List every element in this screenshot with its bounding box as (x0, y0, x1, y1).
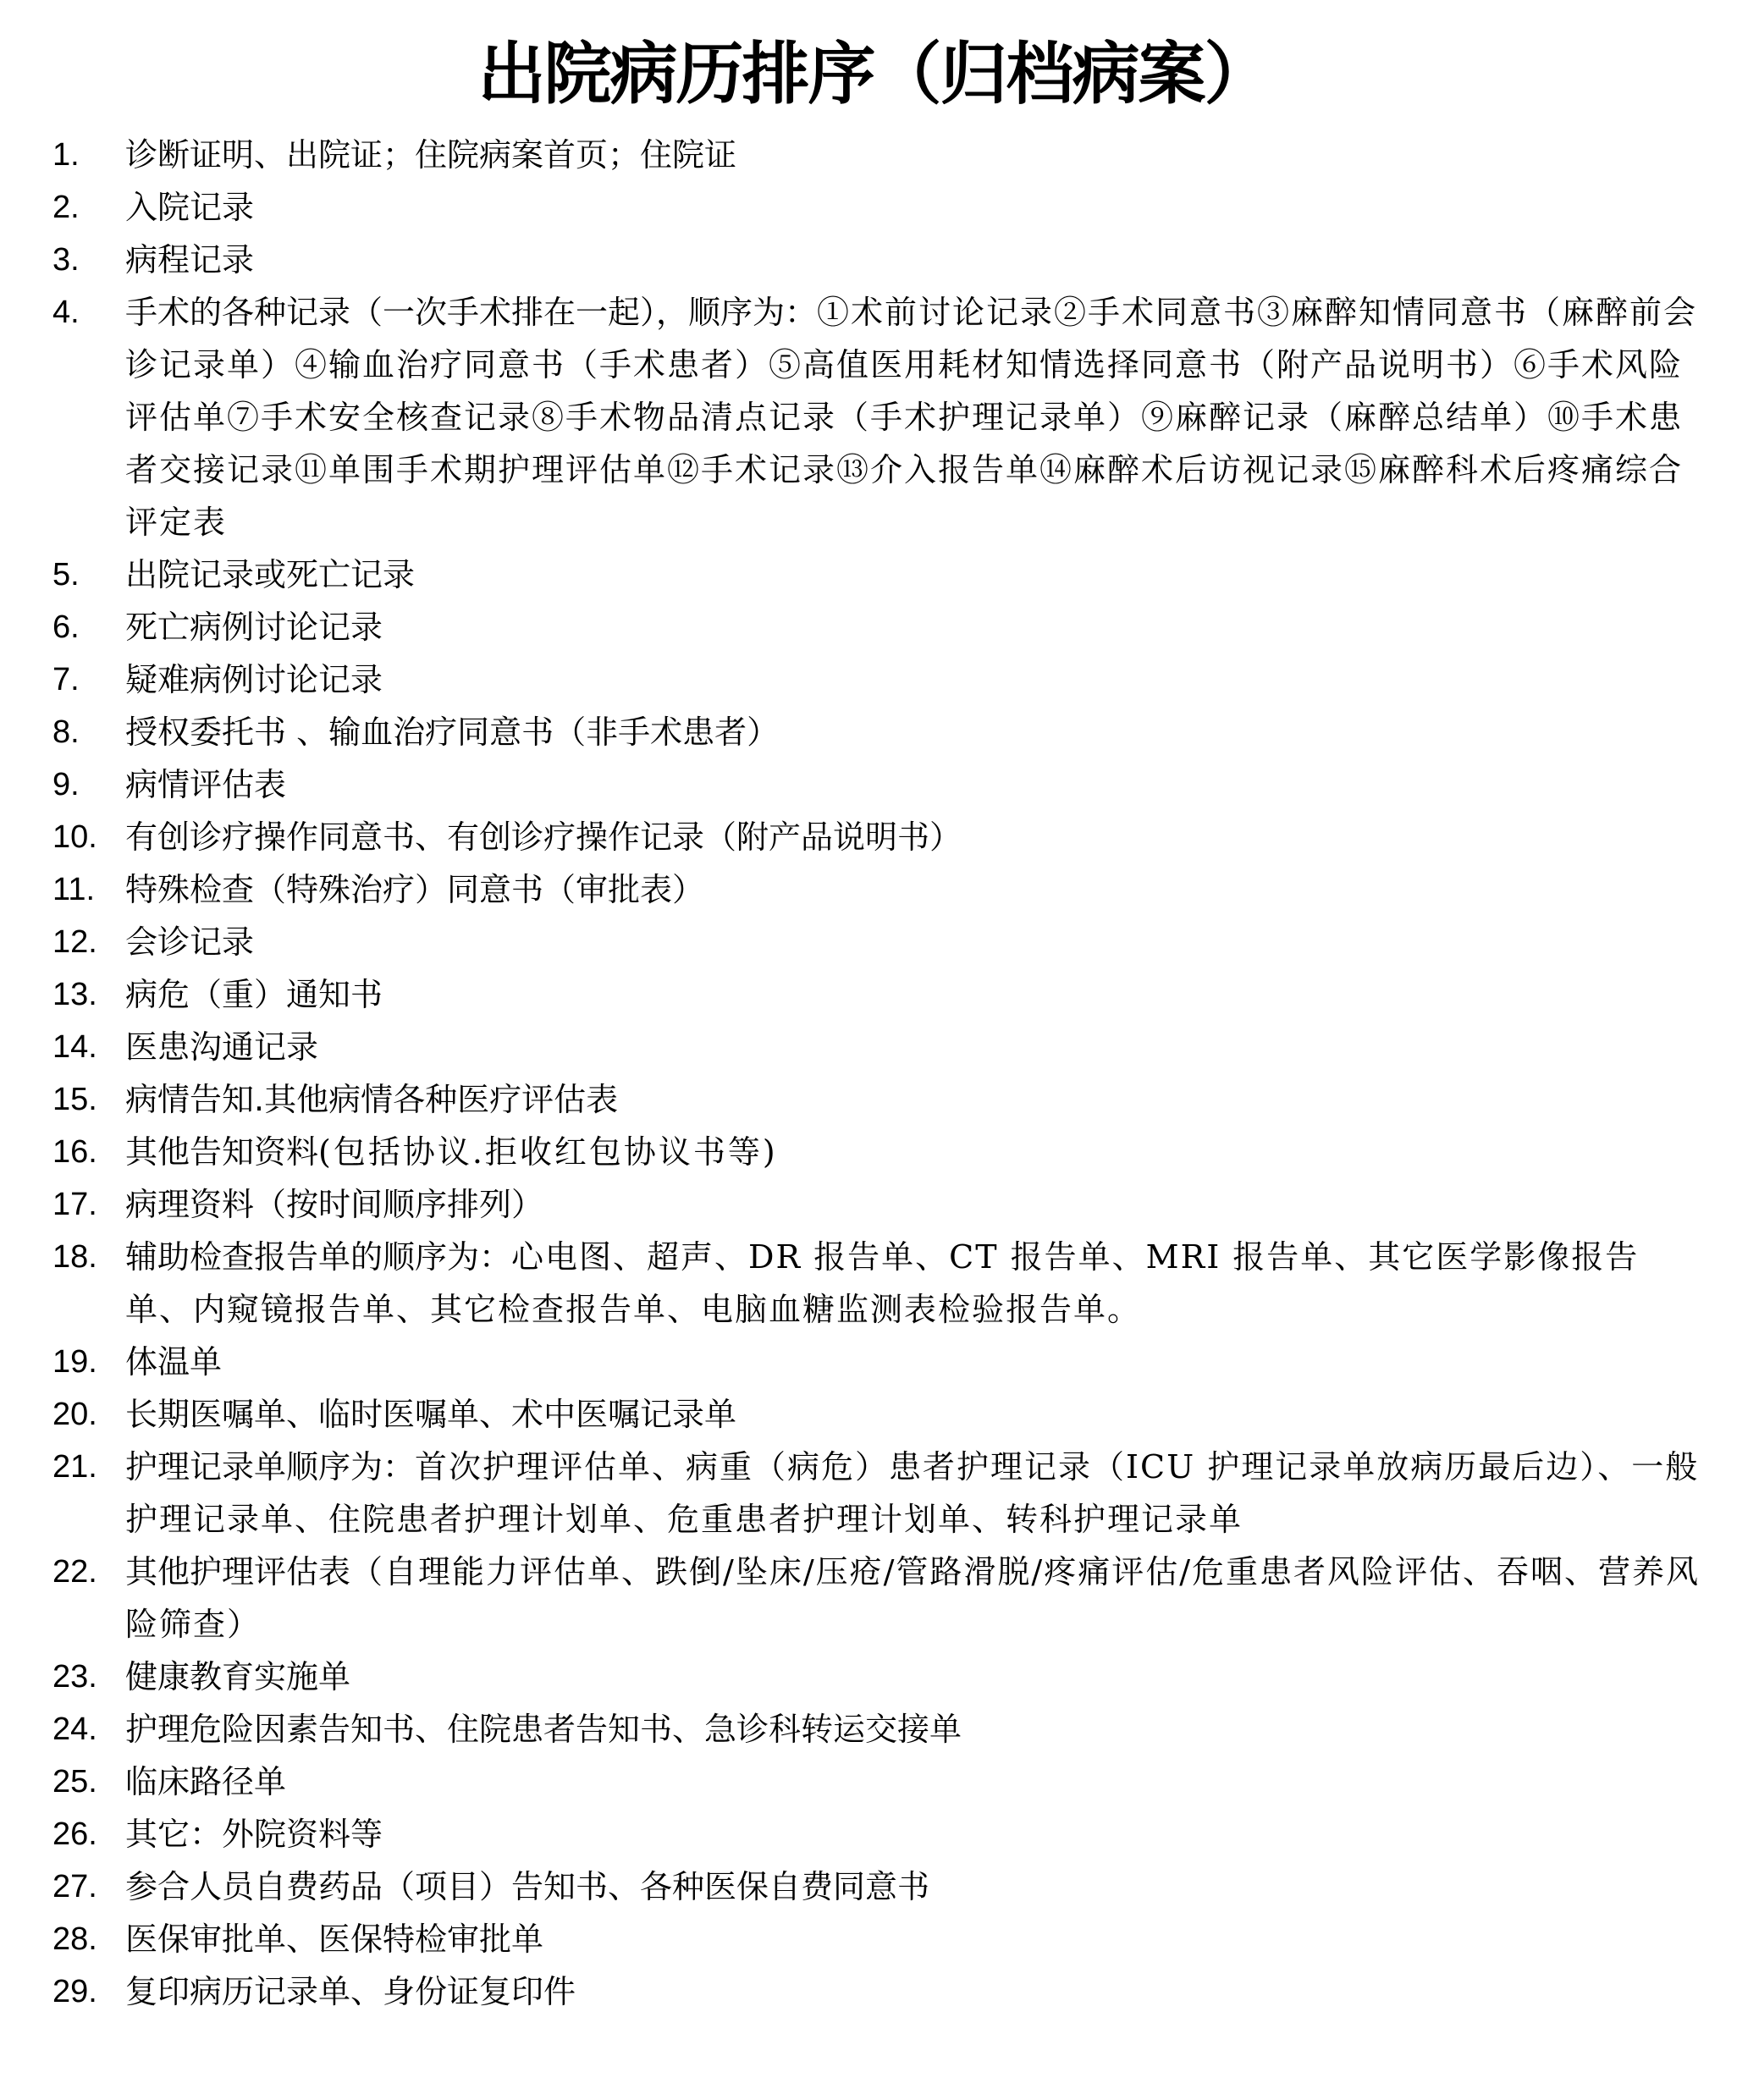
item-number: 27. (52, 1860, 125, 1913)
list-item-2: 2.入院记录 (0, 181, 1748, 234)
item-text: 病情告知.其他病情各种医疗评估表 (125, 1073, 1701, 1126)
item-number: 14. (52, 1021, 125, 1073)
item-text: 授权委托书 、输血治疗同意书（非手术患者） (125, 706, 1701, 758)
item-number: 10. (52, 811, 125, 863)
item-number: 16. (52, 1126, 125, 1178)
list-item-17: 17.病理资料（按时间顺序排列） (0, 1178, 1748, 1231)
item-text: 体温单 (125, 1336, 1701, 1388)
item-text: 入院记录 (125, 181, 1701, 234)
list-item-25: 25.临床路径单 (0, 1756, 1748, 1808)
item-number: 4. (52, 286, 125, 339)
list-item-19: 19.体温单 (0, 1336, 1748, 1388)
item-number: 12. (52, 916, 125, 968)
list-item-23: 23.健康教育实施单 (0, 1651, 1748, 1703)
item-text: 其他告知资料(包括协议.拒收红包协议书等) (125, 1126, 1701, 1178)
item-text: 复印病历记录单、身份证复印件 (125, 1965, 1701, 2018)
item-text: 护理记录单顺序为：首次护理评估单、病重（病危）患者护理记录（ICU 护理记录单放… (125, 1441, 1701, 1546)
item-text: 辅助检查报告单的顺序为：心电图、超声、DR 报告单、CT 报告单、MRI 报告单… (125, 1231, 1701, 1336)
list-item-6: 6.死亡病例讨论记录 (0, 601, 1748, 653)
item-number: 21. (52, 1441, 125, 1493)
item-number: 11. (52, 863, 125, 916)
item-text: 病程记录 (125, 234, 1701, 286)
list-item-8: 8.授权委托书 、输血治疗同意书（非手术患者） (0, 706, 1748, 758)
item-number: 1. (52, 129, 125, 181)
item-number: 28. (52, 1913, 125, 1965)
list-item-20: 20.长期医嘱单、临时医嘱单、术中医嘱记录单 (0, 1388, 1748, 1441)
item-number: 7. (52, 653, 125, 706)
list-item-11: 11.特殊检查（特殊治疗）同意书（审批表） (0, 863, 1748, 916)
list-item-24: 24.护理危险因素告知书、住院患者告知书、急诊科转运交接单 (0, 1703, 1748, 1756)
item-number: 24. (52, 1703, 125, 1756)
item-number: 6. (52, 601, 125, 653)
list-item-27: 27.参合人员自费药品（项目）告知书、各种医保自费同意书 (0, 1860, 1748, 1913)
page-title: 出院病历排序（归档病案） (0, 32, 1748, 117)
item-text: 参合人员自费药品（项目）告知书、各种医保自费同意书 (125, 1860, 1701, 1913)
item-number: 20. (52, 1388, 125, 1441)
list-item-14: 14.医患沟通记录 (0, 1021, 1748, 1073)
item-number: 9. (52, 758, 125, 811)
item-text: 医保审批单、医保特检审批单 (125, 1913, 1701, 1965)
item-number: 15. (52, 1073, 125, 1126)
list-item-29: 29.复印病历记录单、身份证复印件 (0, 1965, 1748, 2018)
item-text: 病情评估表 (125, 758, 1701, 811)
item-text: 诊断证明、出院证；住院病案首页；住院证 (125, 129, 1701, 181)
item-text: 其他护理评估表（自理能力评估单、跌倒/坠床/压疮/管路滑脱/疼痛评估/危重患者风… (125, 1546, 1701, 1651)
item-text: 出院记录或死亡记录 (125, 548, 1701, 601)
item-text: 长期医嘱单、临时医嘱单、术中医嘱记录单 (125, 1388, 1701, 1441)
list-item-7: 7.疑难病例讨论记录 (0, 653, 1748, 706)
item-number: 22. (52, 1546, 125, 1598)
item-number: 17. (52, 1178, 125, 1231)
item-number: 8. (52, 706, 125, 758)
item-number: 18. (52, 1231, 125, 1283)
list-item-28: 28.医保审批单、医保特检审批单 (0, 1913, 1748, 1965)
list-item-26: 26.其它：外院资料等 (0, 1808, 1748, 1860)
list-item-16: 16.其他告知资料(包括协议.拒收红包协议书等) (0, 1126, 1748, 1178)
list-item-4: 4.手术的各种记录（一次手术排在一起），顺序为：①术前讨论记录②手术同意书③麻醉… (0, 286, 1748, 548)
item-number: 5. (52, 548, 125, 601)
list-item-9: 9.病情评估表 (0, 758, 1748, 811)
item-number: 23. (52, 1651, 125, 1703)
item-number: 29. (52, 1965, 125, 2018)
item-number: 26. (52, 1808, 125, 1860)
item-text: 病理资料（按时间顺序排列） (125, 1178, 1701, 1231)
item-text: 临床路径单 (125, 1756, 1701, 1808)
list-item-10: 10.有创诊疗操作同意书、有创诊疗操作记录（附产品说明书） (0, 811, 1748, 863)
item-number: 19. (52, 1336, 125, 1388)
list-item-3: 3.病程记录 (0, 234, 1748, 286)
list-item-5: 5.出院记录或死亡记录 (0, 548, 1748, 601)
item-text: 护理危险因素告知书、住院患者告知书、急诊科转运交接单 (125, 1703, 1701, 1756)
list-item-12: 12.会诊记录 (0, 916, 1748, 968)
item-number: 2. (52, 181, 125, 234)
list-item-1: 1.诊断证明、出院证；住院病案首页；住院证 (0, 129, 1748, 181)
item-text: 手术的各种记录（一次手术排在一起），顺序为：①术前讨论记录②手术同意书③麻醉知情… (125, 286, 1701, 548)
item-text: 特殊检查（特殊治疗）同意书（审批表） (125, 863, 1701, 916)
item-number: 25. (52, 1756, 125, 1808)
item-text: 疑难病例讨论记录 (125, 653, 1701, 706)
item-number: 13. (52, 968, 125, 1021)
item-text: 医患沟通记录 (125, 1021, 1701, 1073)
item-text: 死亡病例讨论记录 (125, 601, 1701, 653)
list-item-15: 15.病情告知.其他病情各种医疗评估表 (0, 1073, 1748, 1126)
item-text: 有创诊疗操作同意书、有创诊疗操作记录（附产品说明书） (125, 811, 1701, 863)
item-text: 其它：外院资料等 (125, 1808, 1701, 1860)
item-text: 会诊记录 (125, 916, 1701, 968)
item-text: 健康教育实施单 (125, 1651, 1701, 1703)
list-item-21: 21.护理记录单顺序为：首次护理评估单、病重（病危）患者护理记录（ICU 护理记… (0, 1441, 1748, 1546)
list-item-22: 22.其他护理评估表（自理能力评估单、跌倒/坠床/压疮/管路滑脱/疼痛评估/危重… (0, 1546, 1748, 1651)
list-item-13: 13.病危（重）通知书 (0, 968, 1748, 1021)
item-text: 病危（重）通知书 (125, 968, 1701, 1021)
list-item-18: 18.辅助检查报告单的顺序为：心电图、超声、DR 报告单、CT 报告单、MRI … (0, 1231, 1748, 1336)
item-number: 3. (52, 234, 125, 286)
record-order-list: 1.诊断证明、出院证；住院病案首页；住院证 2.入院记录 3.病程记录 4.手术… (0, 129, 1748, 2018)
